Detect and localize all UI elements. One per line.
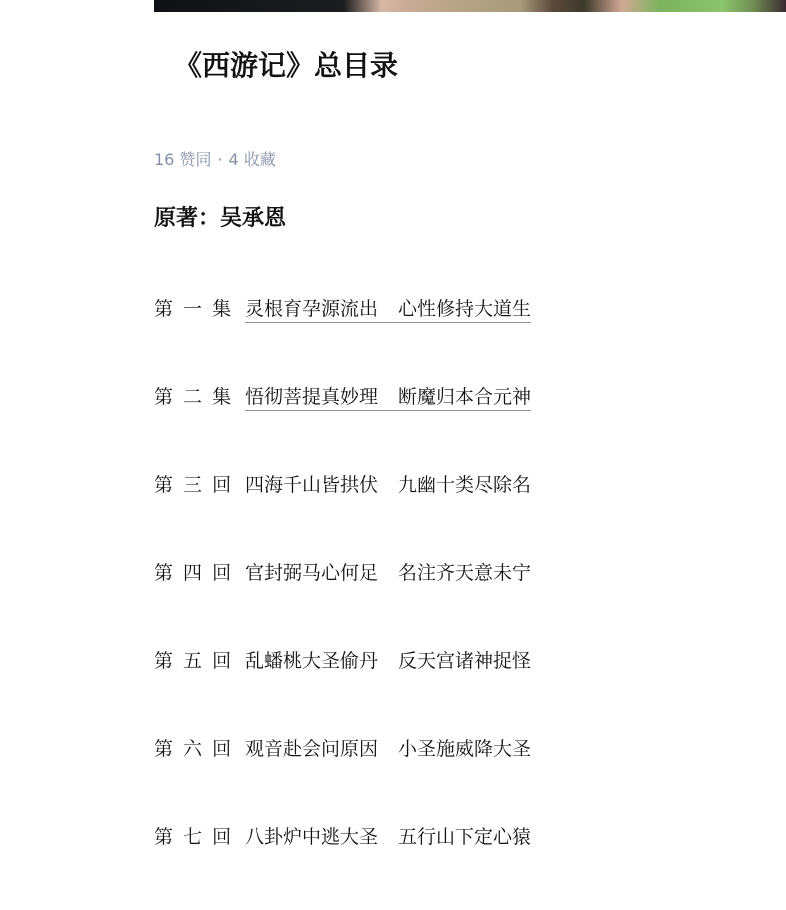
- chapter-number: 第 三 回: [154, 470, 245, 500]
- chapter-title-1: 观音赴会问原因: [245, 734, 378, 764]
- table-of-contents: 第 一 集灵根育孕源流出心性修持大道生 第 二 集悟彻菩提真妙理断魔归本合元神 …: [154, 294, 531, 877]
- toc-item: 第 五 回乱蟠桃大圣偷丹反天宫诸神捉怪: [154, 646, 531, 734]
- chapter-title-1: 悟彻菩提真妙理: [245, 384, 378, 410]
- favorites-count[interactable]: 4 收藏: [229, 150, 276, 169]
- chapter-number: 第 四 回: [154, 558, 245, 588]
- chapter-title-2: 断魔归本合元神: [398, 384, 531, 410]
- likes-count[interactable]: 16 赞同: [154, 150, 211, 169]
- article-meta: 16 赞同·4 收藏: [154, 148, 276, 172]
- chapter-number: 第 七 回: [154, 822, 245, 852]
- chapter-number: 第 六 回: [154, 734, 245, 764]
- chapter-title-1: 灵根育孕源流出: [245, 296, 378, 322]
- chapter-title-2: 小圣施威降大圣: [398, 734, 531, 764]
- chapter-title-2: 五行山下定心猿: [398, 822, 531, 852]
- chapter-title-1: 官封弼马心何足: [245, 558, 378, 588]
- article-title: 《西游记》总目录: [174, 46, 398, 86]
- chapter-number: 第 二 集: [154, 382, 245, 412]
- chapter-number: 第 五 回: [154, 646, 245, 676]
- cover-image: [154, 0, 786, 12]
- chapter-title-1: 乱蟠桃大圣偷丹: [245, 646, 378, 676]
- toc-item: 第 六 回观音赴会问原因小圣施威降大圣: [154, 734, 531, 822]
- chapter-title-2: 心性修持大道生: [398, 296, 531, 322]
- chapter-title-2: 反天宫诸神捉怪: [398, 646, 531, 676]
- chapter-number: 第 一 集: [154, 294, 245, 324]
- toc-item: 第 三 回四海千山皆拱伏九幽十类尽除名: [154, 470, 531, 558]
- chapter-title-1: 八卦炉中逃大圣: [245, 822, 378, 852]
- toc-item: 第 二 集悟彻菩提真妙理断魔归本合元神: [154, 382, 531, 470]
- toc-item: 第 四 回官封弼马心何足名注齐天意未宁: [154, 558, 531, 646]
- toc-item: 第 一 集灵根育孕源流出心性修持大道生: [154, 294, 531, 382]
- chapter-title-2: 名注齐天意未宁: [398, 558, 531, 588]
- chapter-link[interactable]: 悟彻菩提真妙理断魔归本合元神: [245, 384, 531, 411]
- author-line: 原著：吴承恩: [154, 202, 286, 236]
- meta-separator: ·: [217, 150, 222, 169]
- toc-item: 第 七 回八卦炉中逃大圣五行山下定心猿: [154, 822, 531, 877]
- chapter-title-1: 四海千山皆拱伏: [245, 470, 378, 500]
- chapter-title-2: 九幽十类尽除名: [398, 470, 531, 500]
- chapter-link[interactable]: 灵根育孕源流出心性修持大道生: [245, 296, 531, 323]
